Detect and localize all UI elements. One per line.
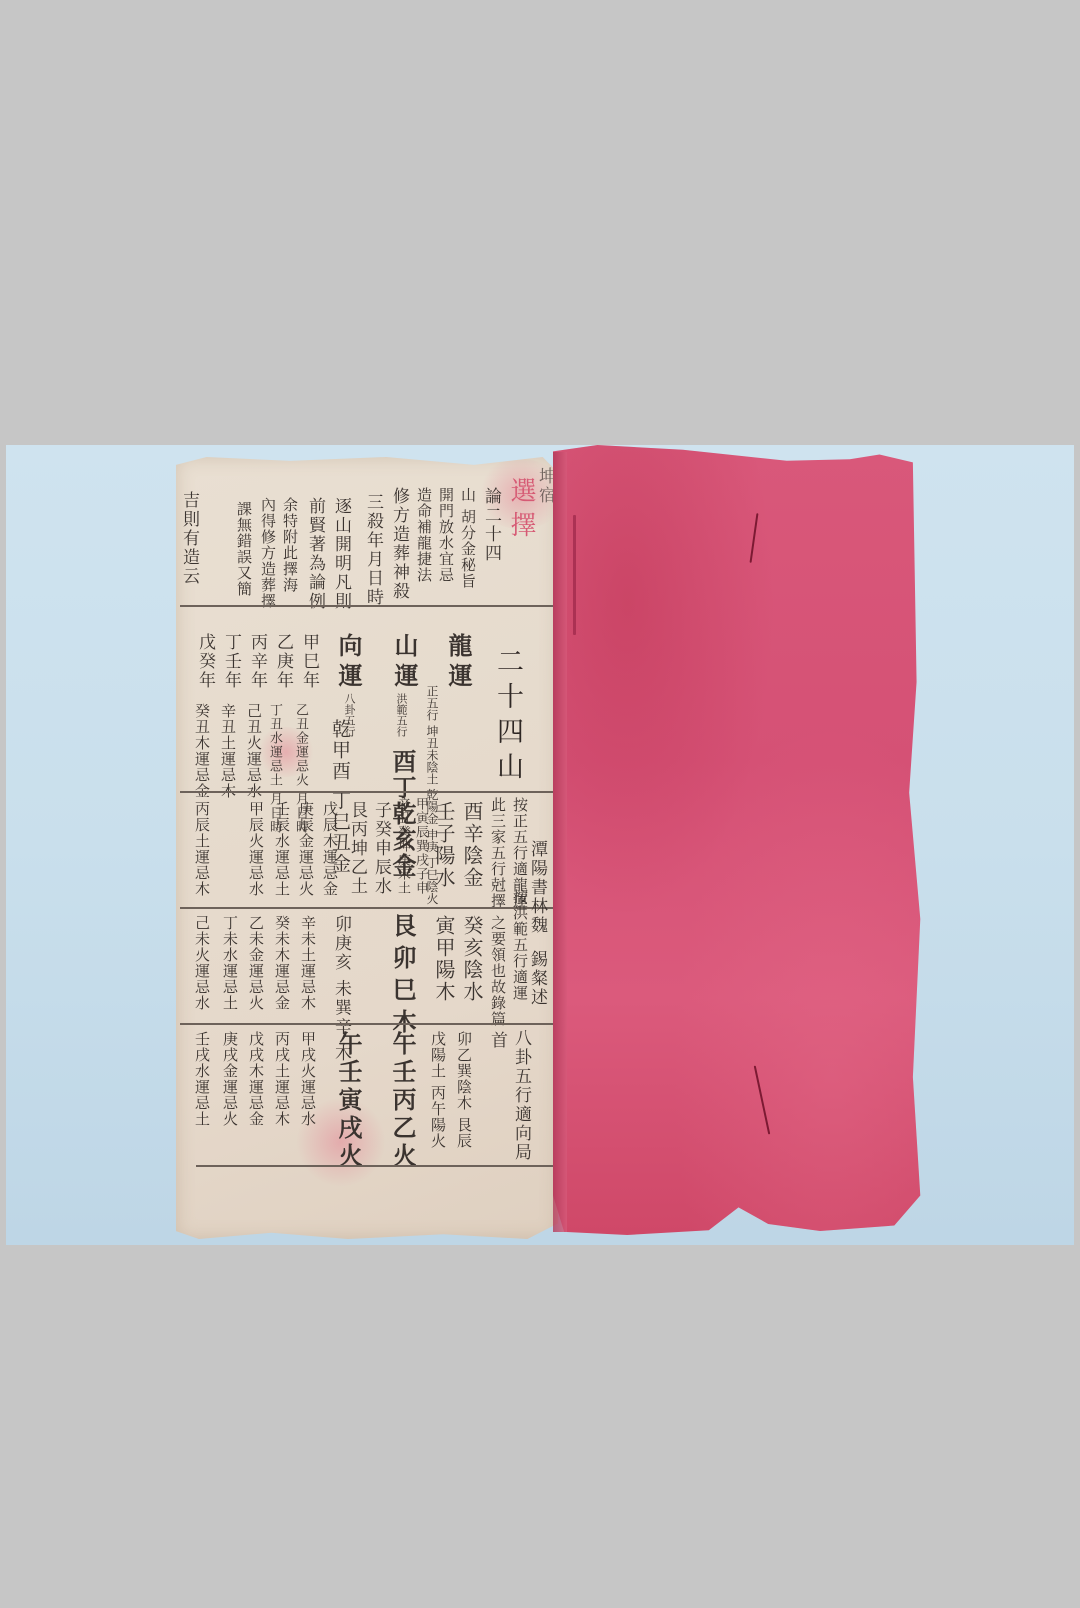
- intro-col-12: 吉則有造云: [180, 491, 197, 586]
- row3-col-7: 乙未金運忌火: [248, 915, 263, 1011]
- intro-col-3: 開門放水宜忌: [438, 487, 453, 583]
- header-fragment: 坤宿: [536, 467, 553, 505]
- paper-crack: [754, 1066, 771, 1135]
- row4-col-8: 庚戌金運忌火: [222, 1031, 237, 1127]
- red-cover-flap: [553, 445, 924, 1235]
- row2-col-9: 壬辰水運忌土: [274, 801, 289, 897]
- red-stamp-title: 選擇: [508, 477, 534, 545]
- dragon-luck-note: 正五行 坤丑未陰土 乾陽金 申庚 丁巳陰火: [426, 685, 438, 805]
- row3-col-1: 癸亥陰水: [462, 915, 482, 1003]
- row2-col-7: 戊辰木運忌金: [322, 801, 337, 897]
- row3-col-8: 丁未水運忌土: [222, 915, 237, 1011]
- row3-col-6: 癸未木運忌金: [274, 915, 289, 1011]
- intro-col-9: 余特附此擇海: [282, 497, 297, 593]
- intro-col-10: 內得修方造葬擇: [260, 497, 275, 609]
- row2-col-10: 甲辰火運忌水: [248, 801, 263, 897]
- row2-col-4: 辛丑癸坤庚未土: [396, 797, 409, 895]
- year-label-3: 丙辛年: [248, 633, 265, 690]
- row3-note-a: 按洪範五行適運: [512, 889, 527, 1001]
- table-rule: [180, 791, 554, 793]
- intro-col-11: 課無錯誤又簡: [236, 501, 251, 597]
- row2-col-8: 庚辰金運忌火: [298, 801, 313, 897]
- year-detail-1: 乙丑金運忌火 月日時: [294, 703, 307, 803]
- table-rule: [180, 1023, 554, 1025]
- intro-col-2: 山 胡分金秘旨: [460, 487, 475, 589]
- row4-col-5: 甲戌火運忌水: [300, 1031, 315, 1127]
- row3-col-4: 卯庚亥 未巽辛 木: [332, 915, 349, 1035]
- row2-col-5: 子癸申辰水: [372, 801, 389, 896]
- paper-fold: [573, 515, 576, 635]
- year-detail-3: 己丑火運忌水: [246, 703, 261, 799]
- table-rule: [180, 907, 554, 909]
- row3-col-2: 寅甲陽木: [434, 915, 454, 1003]
- year-detail-4: 辛丑土運忌木: [220, 703, 235, 799]
- row2-col-2: 壬子陽水: [434, 801, 454, 889]
- mountain-luck-title: 山運: [392, 633, 416, 693]
- row4-col-4: 午壬寅戌火: [336, 1031, 360, 1171]
- year-label-4: 丁壬年: [222, 633, 239, 690]
- intro-col-8: 前賢著為論例: [306, 497, 323, 611]
- intro-col-5: 修方造葬神殺: [390, 487, 407, 601]
- row3-col-3: 艮卯巳木: [390, 913, 414, 1041]
- intro-col-1: 論二十四: [482, 487, 499, 563]
- cover-spine-edge: [553, 452, 567, 1232]
- row2-col-1: 酉辛陰金: [462, 801, 482, 889]
- row2-note-b: 此三家五行尅擇: [490, 797, 505, 909]
- intro-col-7: 逐山開明凡則: [332, 497, 349, 611]
- side-note-author: 錫粲述: [528, 950, 545, 1007]
- year-detail-2: 丁丑水運忌土 月日時: [268, 703, 281, 803]
- manuscript-page: 選擇 坤宿 論二十四 山 胡分金秘旨 開門放水宜忌 造命補龍捷法 修方造葬神殺 …: [176, 457, 558, 1239]
- row4-col-6: 丙戌土運忌木: [274, 1031, 289, 1127]
- year-detail-5: 癸丑木運忌金: [194, 703, 209, 799]
- year-label-5: 戊癸年: [196, 633, 213, 690]
- side-note-publisher: 潭陽書林魏: [528, 840, 545, 935]
- row4-col-2: 戊陽土 丙午陽火: [430, 1031, 445, 1161]
- table-rule-bottom: [196, 1165, 554, 1167]
- row4-col-1: 卯乙巽陰木 艮辰: [456, 1031, 471, 1161]
- row3-note-b: 之要領也故錄篇: [490, 915, 505, 1027]
- dragon-luck-title: 龍運: [446, 633, 470, 693]
- intro-col-6: 三殺年月日時: [364, 493, 381, 607]
- row4-col-9: 壬戌水運忌土: [194, 1031, 209, 1127]
- year-label-2: 乙庚年: [274, 633, 291, 690]
- mountain-luck-note: 洪範五行: [396, 693, 407, 737]
- facing-luck-title: 向運: [336, 633, 360, 693]
- row4-col-7: 戊戌木運忌金: [248, 1031, 263, 1127]
- table-rule: [180, 605, 554, 607]
- row2-col-6: 艮丙坤乙土: [348, 801, 365, 896]
- row4-note-b: 首: [488, 1031, 505, 1050]
- intro-col-4: 造命補龍捷法: [416, 487, 431, 583]
- paper-crack: [750, 513, 759, 563]
- row3-col-9: 己未火運忌水: [194, 915, 209, 1011]
- row4-note-a: 八卦五行適向局: [512, 1029, 529, 1162]
- row3-col-5: 辛未土運忌木: [300, 915, 315, 1011]
- row4-col-3: 午壬丙乙火: [390, 1031, 414, 1171]
- row2-col-11: 丙辰土運忌木: [194, 801, 209, 897]
- row2-col-3: 甲寅辰巽戌子申: [414, 797, 427, 895]
- heading-twenty-four-mountains: 二十四山: [494, 647, 521, 787]
- year-label-1: 甲巳年: [300, 633, 317, 690]
